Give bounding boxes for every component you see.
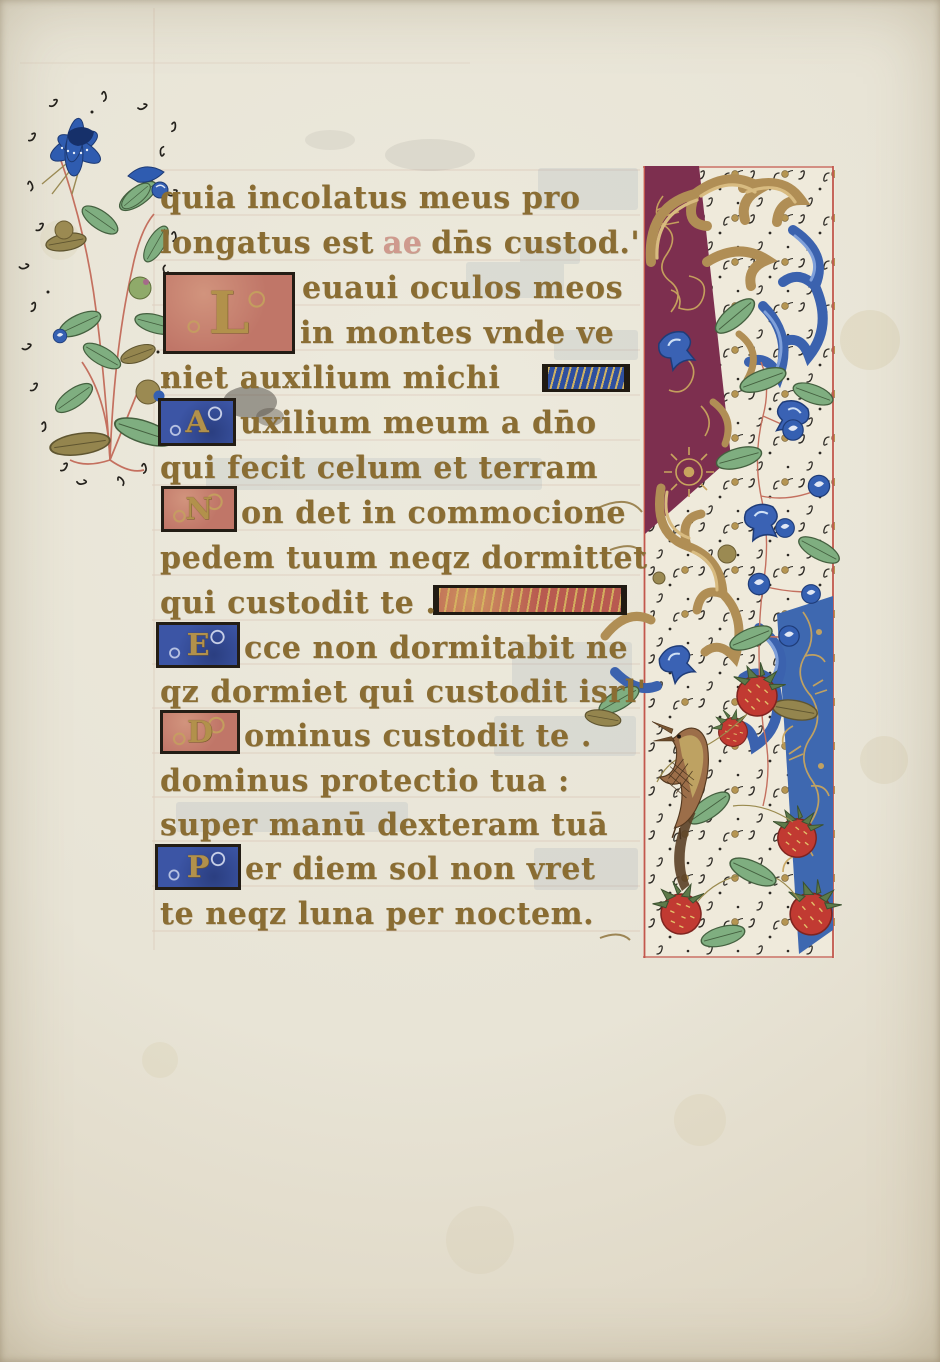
panel-edge-rules xyxy=(643,166,833,958)
text-line-4: in montes vnde ve xyxy=(300,311,614,357)
columbine-flower xyxy=(42,117,104,194)
buds xyxy=(53,221,164,404)
text-line-3: euaui oculos meos xyxy=(302,266,623,312)
text-line-13: ominus custodit te . xyxy=(244,714,592,760)
illuminated-initial-p: P xyxy=(155,844,241,890)
text-line-8: on det in commocione xyxy=(241,491,626,537)
text-line-14: dominus protectio tua : xyxy=(160,759,570,805)
text-line-7: qui fecit celum et terram xyxy=(160,446,598,492)
manuscript-photo: L A N E D P quia incolatus meus pro long… xyxy=(0,0,940,1370)
illuminated-initial-l: L xyxy=(163,272,295,354)
text-line-15: super manū dexteram tuā xyxy=(160,803,608,849)
blue-acanthus-scrolls xyxy=(615,230,823,746)
initial-letter: P xyxy=(187,850,210,885)
flower-stems xyxy=(757,362,817,806)
text-line-9: pedem tuum neqz dormittet xyxy=(160,536,648,582)
initial-letter: A xyxy=(185,405,208,440)
initial-letter: L xyxy=(209,279,250,347)
text-line-2: longatus estaedn̄s custod.' xyxy=(160,221,640,267)
rubric-mark: ae xyxy=(383,225,423,261)
text-line-17: te neqz luna per noctem. xyxy=(160,892,594,938)
illuminated-initial-e: E xyxy=(156,622,240,668)
vellum-page: L A N E D P quia incolatus meus pro long… xyxy=(0,0,940,1362)
bird-illustration xyxy=(652,722,708,892)
blue-filigree-band xyxy=(777,596,833,954)
text-line-11: cce non dormitabit ne xyxy=(244,626,628,672)
text-line-5: niet auxilium michi xyxy=(160,356,500,402)
text-line-10: qui custodit te . xyxy=(160,581,436,627)
left-border-spray xyxy=(19,91,179,486)
ink-squiggles xyxy=(19,91,178,486)
initial-letter: E xyxy=(187,628,210,663)
strawberries xyxy=(649,545,846,951)
illuminated-initial-d: D xyxy=(160,710,240,754)
text-line-12: qz dormiet qui custodit isrl' xyxy=(160,670,647,716)
illuminated-initial-n: N xyxy=(161,486,237,532)
initial-letter: N xyxy=(185,492,212,527)
stems xyxy=(58,152,154,471)
text-line-6: uxilium meum a dn̄o xyxy=(240,401,597,447)
illuminated-initial-a: A xyxy=(158,398,236,446)
text-line-16: er diem sol non vret xyxy=(245,847,595,893)
maroon-filigree-band xyxy=(645,166,731,534)
line-filler-red-gold xyxy=(433,585,627,615)
line-filler-blue-gold xyxy=(542,364,630,392)
text-line-1: quia incolatus meus pro xyxy=(160,176,580,222)
initial-letter: D xyxy=(187,715,213,750)
